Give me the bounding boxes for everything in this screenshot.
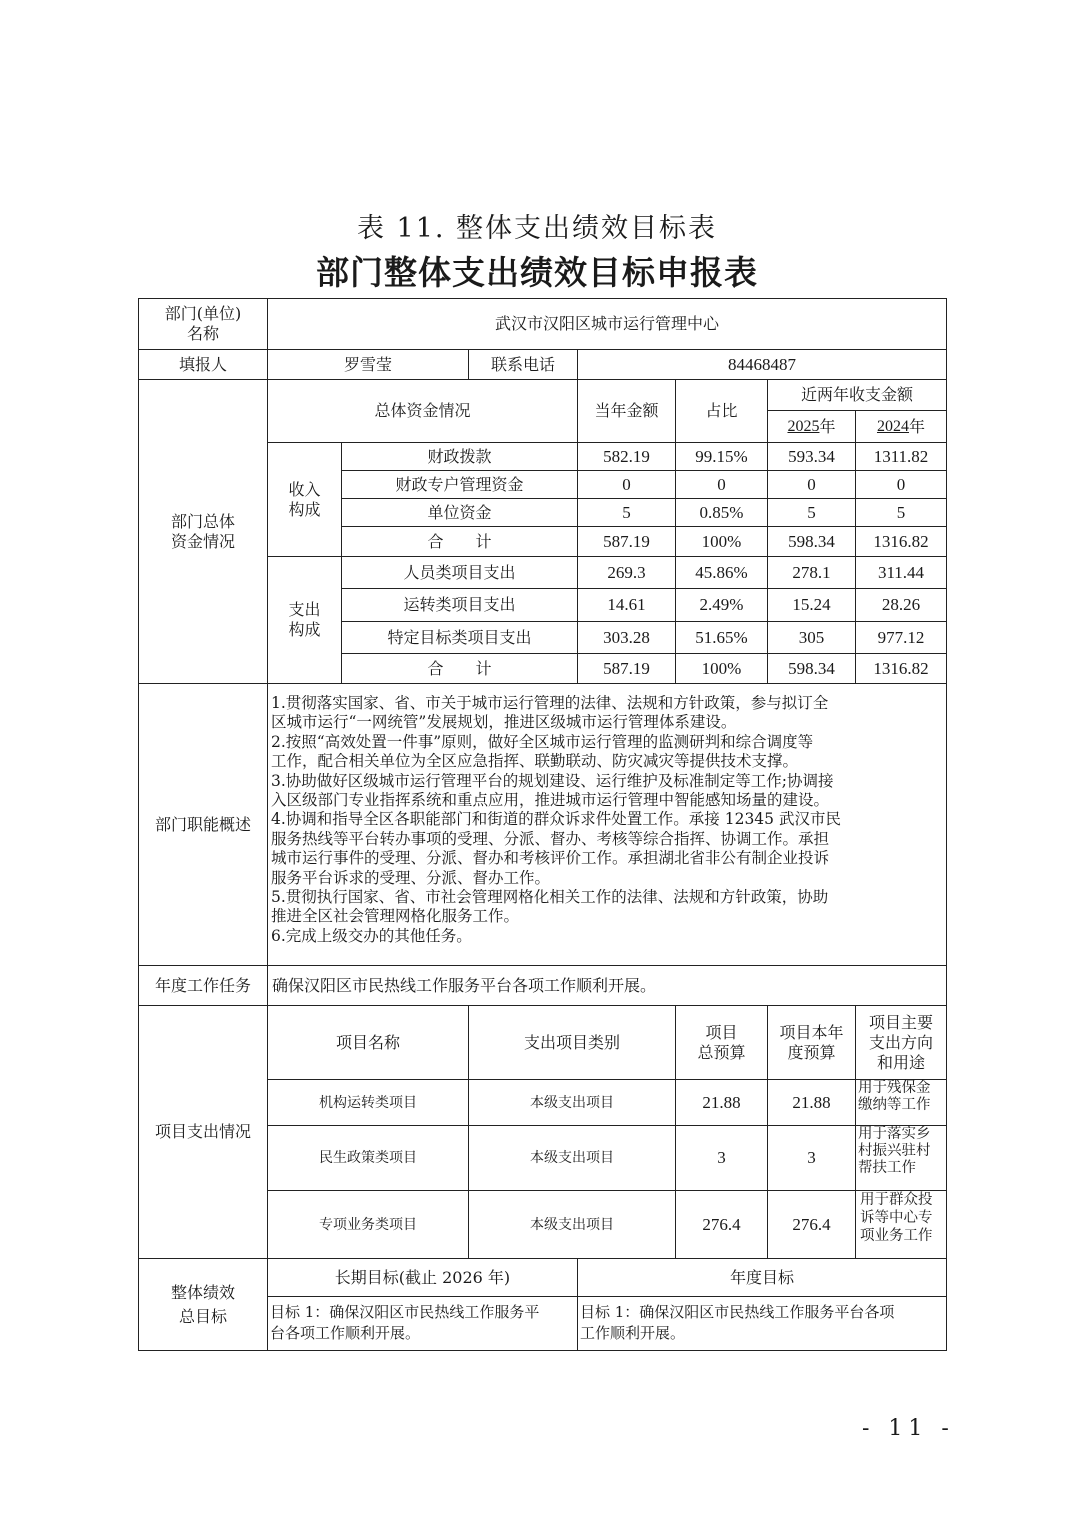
purpose-line: 用于群众投 xyxy=(860,1191,933,1209)
functions-label: 部门职能概述 xyxy=(139,684,267,965)
expense-amount: 14.61 xyxy=(578,589,675,621)
year-budget-header-line: 度预算 xyxy=(787,1043,835,1063)
project-total-budget: 276.4 xyxy=(676,1191,767,1258)
year-2025-value: 2025 xyxy=(787,417,819,437)
total-budget-header-line: 项目 xyxy=(705,1023,737,1043)
expense-amount: 269.3 xyxy=(578,557,675,588)
income-total-label: 合 计 xyxy=(342,527,577,556)
long-term-goal-header: 长期目标(截止 2026 年) xyxy=(268,1259,577,1296)
functions-line: 3.协助做好区级城市运行管理平台的规划建设、运行维护及标准制定等工作;协调接 xyxy=(271,772,945,791)
year-2024-suffix: 年 xyxy=(909,417,925,437)
expense-2025: 305 xyxy=(768,622,855,653)
functions-line: 1.贯彻落实国家、省、市关于城市运行管理的法律、法规和方针政策，参与拟订全 xyxy=(271,694,945,713)
reporter-name: 罗雪莹 xyxy=(268,350,468,379)
form-title: 部门整体支出绩效目标申报表 xyxy=(0,247,1074,294)
income-amount: 582.19 xyxy=(578,443,675,470)
project-year-budget: 21.88 xyxy=(768,1080,855,1125)
expense-2025: 15.24 xyxy=(768,589,855,621)
project-year-budget-header: 项目本年 度预算 xyxy=(768,1006,855,1079)
purpose-line: 项业务工作 xyxy=(860,1227,933,1245)
goals-label-line: 总目标 xyxy=(179,1305,227,1329)
functions-line: 6.完成上级交办的其他任务。 xyxy=(271,927,945,946)
functions-line: 城市运行事件的受理、分派、督办和考核评价工作。承担湖北省非公有制企业投诉 xyxy=(271,849,945,868)
expense-name: 特定目标类项目支出 xyxy=(342,622,577,653)
income-total-2025: 598.34 xyxy=(768,527,855,556)
project-purpose-header: 项目主要 支出方向 和用途 xyxy=(856,1006,946,1079)
project-category: 本级支出项目 xyxy=(469,1191,675,1258)
page-number: - 11 - xyxy=(862,1416,955,1441)
expense-total-2024: 1316.82 xyxy=(856,654,946,683)
annual-task-label: 年度工作任务 xyxy=(139,966,267,1005)
project-category: 本级支出项目 xyxy=(469,1080,675,1125)
expense-ratio: 45.86% xyxy=(676,557,767,588)
project-year-budget: 276.4 xyxy=(768,1191,855,1258)
expense-2025: 278.1 xyxy=(768,557,855,588)
purpose-line: 用于落实乡 xyxy=(858,1126,931,1143)
income-name: 财政拨款 xyxy=(342,443,577,470)
purpose-header-line: 支出方向 xyxy=(869,1033,933,1053)
income-ratio: 99.15% xyxy=(676,443,767,470)
income-2025: 593.34 xyxy=(768,443,855,470)
year-2024-header: 2024年 xyxy=(856,411,946,442)
phone-value: 84468487 xyxy=(578,350,946,379)
income-total-ratio: 100% xyxy=(676,527,767,556)
purpose-line: 帮扶工作 xyxy=(858,1160,916,1177)
project-category-header: 支出项目类别 xyxy=(469,1006,675,1079)
goals-label: 整体绩效 总目标 xyxy=(139,1259,267,1350)
reporter-label: 填报人 xyxy=(139,350,267,379)
functions-line: 工作，配合相关单位为全区应急指挥、联勤联动、防灾减灾等提供技术支撑。 xyxy=(271,752,945,771)
project-name: 专项业务类项目 xyxy=(268,1191,468,1258)
functions-line: 推进全区社会管理网格化服务工作。 xyxy=(271,907,945,926)
expense-ratio: 2.49% xyxy=(676,589,767,621)
income-ratio: 0.85% xyxy=(676,499,767,526)
project-name: 机构运转类项目 xyxy=(268,1080,468,1125)
income-total-amount: 587.19 xyxy=(578,527,675,556)
functions-line: 服务热线等平台转办事项的受理、分派、督办、考核等综合指挥、协调工作。承担 xyxy=(271,830,945,849)
project-purpose: 用于残保金 缴纳等工作 xyxy=(856,1080,946,1125)
total-budget-header-line: 总预算 xyxy=(697,1043,745,1063)
income-amount: 0 xyxy=(578,471,675,498)
purpose-line: 诉等中心专 xyxy=(860,1209,933,1227)
project-total-budget: 21.88 xyxy=(676,1080,767,1125)
project-year-budget: 3 xyxy=(768,1126,855,1190)
income-group-label: 收入构成 xyxy=(268,443,341,556)
department-value: 武汉市汉阳区城市运行管理中心 xyxy=(268,299,946,349)
phone-label: 联系电话 xyxy=(469,350,577,379)
expense-amount: 303.28 xyxy=(578,622,675,653)
current-amount-header: 当年金额 xyxy=(578,380,675,442)
year-2024-value: 2024 xyxy=(877,417,909,437)
functions-line: 2.按照“高效处置一件事”原则，做好全区城市运行管理的监测研判和综合调度等 xyxy=(271,733,945,752)
income-2025: 0 xyxy=(768,471,855,498)
project-total-budget: 3 xyxy=(676,1126,767,1190)
project-total-budget-header: 项目 总预算 xyxy=(676,1006,767,1079)
income-2025: 5 xyxy=(768,499,855,526)
functions-line: 服务平台诉求的受理、分派、督办工作。 xyxy=(271,869,945,888)
expense-total-amount: 587.19 xyxy=(578,654,675,683)
income-name: 财政专户管理资金 xyxy=(342,471,577,498)
overall-funding-header: 总体资金情况 xyxy=(268,380,577,442)
funding-section-label: 部门总体资金情况 xyxy=(139,380,267,683)
projects-label: 项目支出情况 xyxy=(139,1006,267,1258)
functions-line: 4.协调和指导全区各职能部门和街道的群众诉求件处置工作。承接 12345 武汉市… xyxy=(271,810,945,829)
long-term-goal-line: 目标 1：确保汉阳区市民热线工作服务平 xyxy=(270,1302,576,1323)
functions-line: 5.贯彻执行国家、省、市社会管理网格化相关工作的法律、法规和方针政策，协助 xyxy=(271,888,945,907)
income-2024: 5 xyxy=(856,499,946,526)
income-2024: 1311.82 xyxy=(856,443,946,470)
expense-2024: 977.12 xyxy=(856,622,946,653)
expense-total-label: 合 计 xyxy=(342,654,577,683)
income-name: 单位资金 xyxy=(342,499,577,526)
annual-goal-header: 年度目标 xyxy=(578,1259,946,1296)
long-term-goal-text: 目标 1：确保汉阳区市民热线工作服务平 台各项工作顺利开展。 xyxy=(270,1302,576,1344)
year-2025-suffix: 年 xyxy=(819,417,835,437)
annual-goal-line: 目标 1：确保汉阳区市民热线工作服务平台各项 xyxy=(580,1302,946,1323)
functions-line: 区城市运行“一网统管”发展规划，推进区级城市运行管理体系建设。 xyxy=(271,713,945,732)
functions-text: 1.贯彻落实国家、省、市关于城市运行管理的法律、法规和方针政策，参与拟订全 区城… xyxy=(271,694,945,946)
project-purpose: 用于落实乡 村振兴驻村 帮扶工作 xyxy=(856,1126,946,1190)
year-budget-header-line: 项目本年 xyxy=(779,1023,843,1043)
expense-total-2025: 598.34 xyxy=(768,654,855,683)
annual-task-value: 确保汉阳区市民热线工作服务平台各项工作顺利开展。 xyxy=(268,966,946,1005)
recent-two-years-header: 近两年收支金额 xyxy=(768,380,946,410)
purpose-header-line: 和用途 xyxy=(877,1053,925,1073)
expense-2024: 311.44 xyxy=(856,557,946,588)
annual-goal-text: 目标 1：确保汉阳区市民热线工作服务平台各项 工作顺利开展。 xyxy=(580,1302,946,1344)
long-term-goal-line: 台各项工作顺利开展。 xyxy=(270,1323,576,1344)
income-ratio: 0 xyxy=(676,471,767,498)
expense-name: 运转类项目支出 xyxy=(342,589,577,621)
department-label: 部门(单位)名称 xyxy=(139,299,267,349)
purpose-line: 用于残保金 xyxy=(858,1080,931,1097)
purpose-line: 村振兴驻村 xyxy=(858,1143,931,1160)
project-purpose: 用于群众投 诉等中心专 项业务工作 xyxy=(856,1191,946,1258)
income-2024: 0 xyxy=(856,471,946,498)
year-2025-header: 2025年 xyxy=(768,411,855,442)
expense-total-ratio: 100% xyxy=(676,654,767,683)
table-caption: 表 11. 整体支出绩效目标表 xyxy=(0,206,1074,245)
functions-line: 入区级部门专业指挥系统和重点应用，推进城市运行管理中智能感知场量的建设。 xyxy=(271,791,945,810)
project-category: 本级支出项目 xyxy=(469,1126,675,1190)
expense-group-label: 支出构成 xyxy=(268,557,341,683)
project-name: 民生政策类项目 xyxy=(268,1126,468,1190)
ratio-header: 占比 xyxy=(676,380,767,442)
goals-label-line: 整体绩效 xyxy=(171,1281,235,1305)
purpose-header-line: 项目主要 xyxy=(869,1013,933,1033)
income-total-2024: 1316.82 xyxy=(856,527,946,556)
project-name-header: 项目名称 xyxy=(268,1006,468,1079)
expense-2024: 28.26 xyxy=(856,589,946,621)
expense-ratio: 51.65% xyxy=(676,622,767,653)
income-amount: 5 xyxy=(578,499,675,526)
purpose-line: 缴纳等工作 xyxy=(858,1097,931,1114)
expense-name: 人员类项目支出 xyxy=(342,557,577,588)
annual-goal-line: 工作顺利开展。 xyxy=(580,1323,946,1344)
